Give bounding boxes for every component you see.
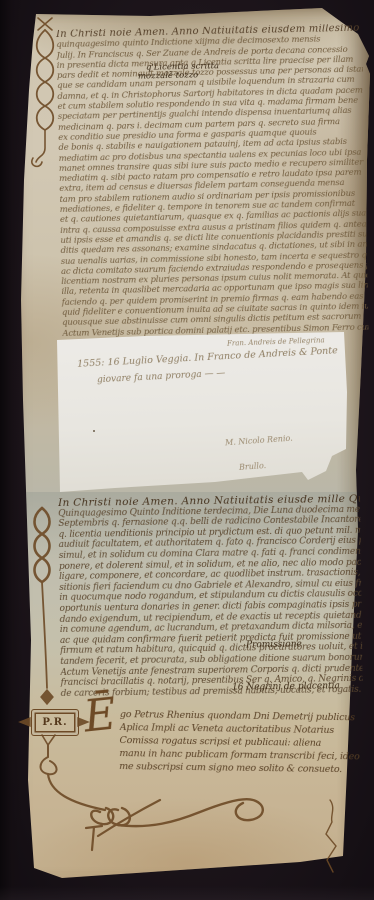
paper-slip: Fran. Andreis de Pellegrina 1555: 16 Lug… bbox=[55, 332, 349, 494]
slip-note-line: giovare fa una proroga — — bbox=[97, 369, 226, 386]
slip-signature: M. Nicolo Renio. bbox=[225, 434, 293, 448]
manuscript-section-bottom: In Christi noie Amen. Anno Natiuitatis e… bbox=[58, 494, 363, 703]
slip-speck bbox=[93, 430, 95, 432]
retouched-ink-word: 16 Negrinj de placentia bbox=[232, 681, 340, 693]
manuscript-photo: In Christi noie Amen. Anno Natiuitatis e… bbox=[0, 0, 374, 900]
notary-initial-letter: Ē bbox=[82, 692, 119, 739]
notary-subscription: go Petrus Rhenius quondam Dni Demetrij p… bbox=[119, 708, 366, 783]
slip-signature: Brullo. bbox=[239, 461, 267, 472]
manuscript-section-top: In Christi noie Amen. Anno Natiuitatis e… bbox=[56, 24, 369, 360]
photo-left-edge-shadow bbox=[0, 0, 22, 900]
photo-bottom-glow bbox=[0, 886, 374, 900]
slip-date-line: 1555: 16 Luglio Veggia. In Franco de And… bbox=[77, 345, 338, 370]
retouched-ink-word: Promissione bbox=[246, 640, 302, 651]
notary-monogram-cartouche: P.R. bbox=[31, 709, 79, 736]
notary-line-4: me subscripsi cum signo meo solito & con… bbox=[119, 760, 365, 776]
notary-monogram: P.R. bbox=[42, 717, 67, 728]
retouched-ink-word: mozzalē tozzo bbox=[138, 70, 198, 81]
